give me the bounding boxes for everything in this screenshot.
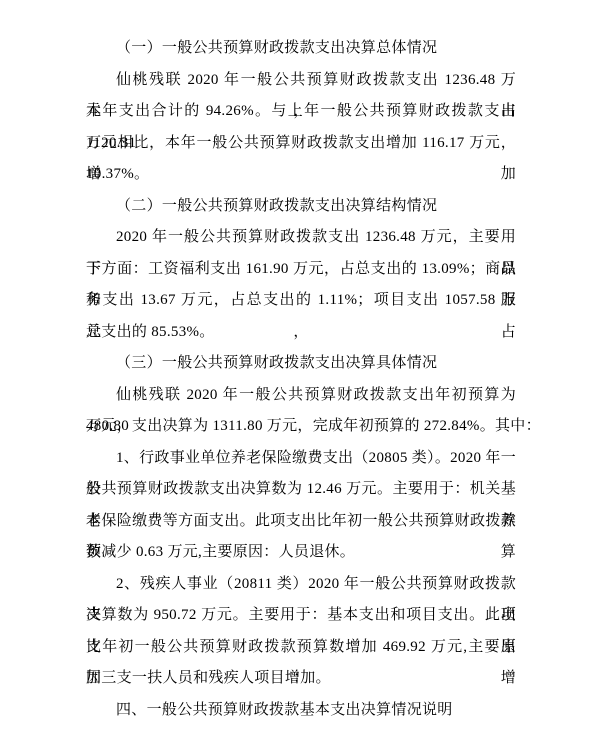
doc-line: 本年支出合计的 94.26%。与上年一般公共预算财政拨款支出 1120.31 [86, 96, 516, 128]
doc-line: 比年初一般公共预算财政拨款预算数增加 469.92 万元,主要原因：增 [86, 632, 516, 664]
doc-line: 务支出 13.67 万元，占总支出的 1.11%；项目支出 1057.58 万元… [86, 285, 516, 317]
document-page: （一）一般公共预算财政拨款支出决算总体情况 仙桃残联 2020 年一般公共预算财… [0, 0, 594, 730]
doc-line: 2020 年一般公共预算财政拨款支出 1236.48 万元，主要用于以 [86, 222, 516, 254]
section-heading-3: （三）一般公共预算财政拨款支出决算具体情况 [86, 348, 516, 380]
section-heading-1: （一）一般公共预算财政拨款支出决算总体情况 [86, 33, 516, 65]
doc-line: 1、行政事业单位养老保险缴费支出（20805 类）。2020 年一般 [86, 443, 516, 475]
document-text-block: （一）一般公共预算财政拨款支出决算总体情况 仙桃残联 2020 年一般公共预算财… [86, 33, 516, 726]
doc-line: 万元相比，本年一般公共预算财政拨款支出增加 116.17 万元，增加 [86, 128, 516, 160]
section-heading-2: （二）一般公共预算财政拨款支出决算结构情况 [86, 191, 516, 223]
doc-line: 下方面：工资福利支出 161.90 万元，占总支出的 13.09%；商品和服 [86, 254, 516, 286]
doc-line: 决算数为 950.72 万元。主要用于：基本支出和项目支出。此项支出 [86, 600, 516, 632]
doc-line: 2、残疾人事业（20811 类）2020 年一般公共预算财政拨款支出 [86, 569, 516, 601]
doc-line: 公共预算财政拨款支出决算数为 12.46 万元。主要用于：机关基本养 [86, 474, 516, 506]
doc-line: 万元，支出决算为 1311.80 万元，完成年初预算的 272.84%。其中： [86, 411, 516, 443]
section-heading-4: 四、一般公共预算财政拨款基本支出决算情况说明 [86, 695, 516, 727]
doc-line: 仙桃残联 2020 年一般公共预算财政拨款支出年初预算为 480.80 [86, 380, 516, 412]
doc-line: 老保险缴费等方面支出。此项支出比年初一般公共预算财政拨款预算 [86, 506, 516, 538]
doc-line: 仙桃残联 2020 年一般公共预算财政拨款支出 1236.48 万元，占 [86, 65, 516, 97]
